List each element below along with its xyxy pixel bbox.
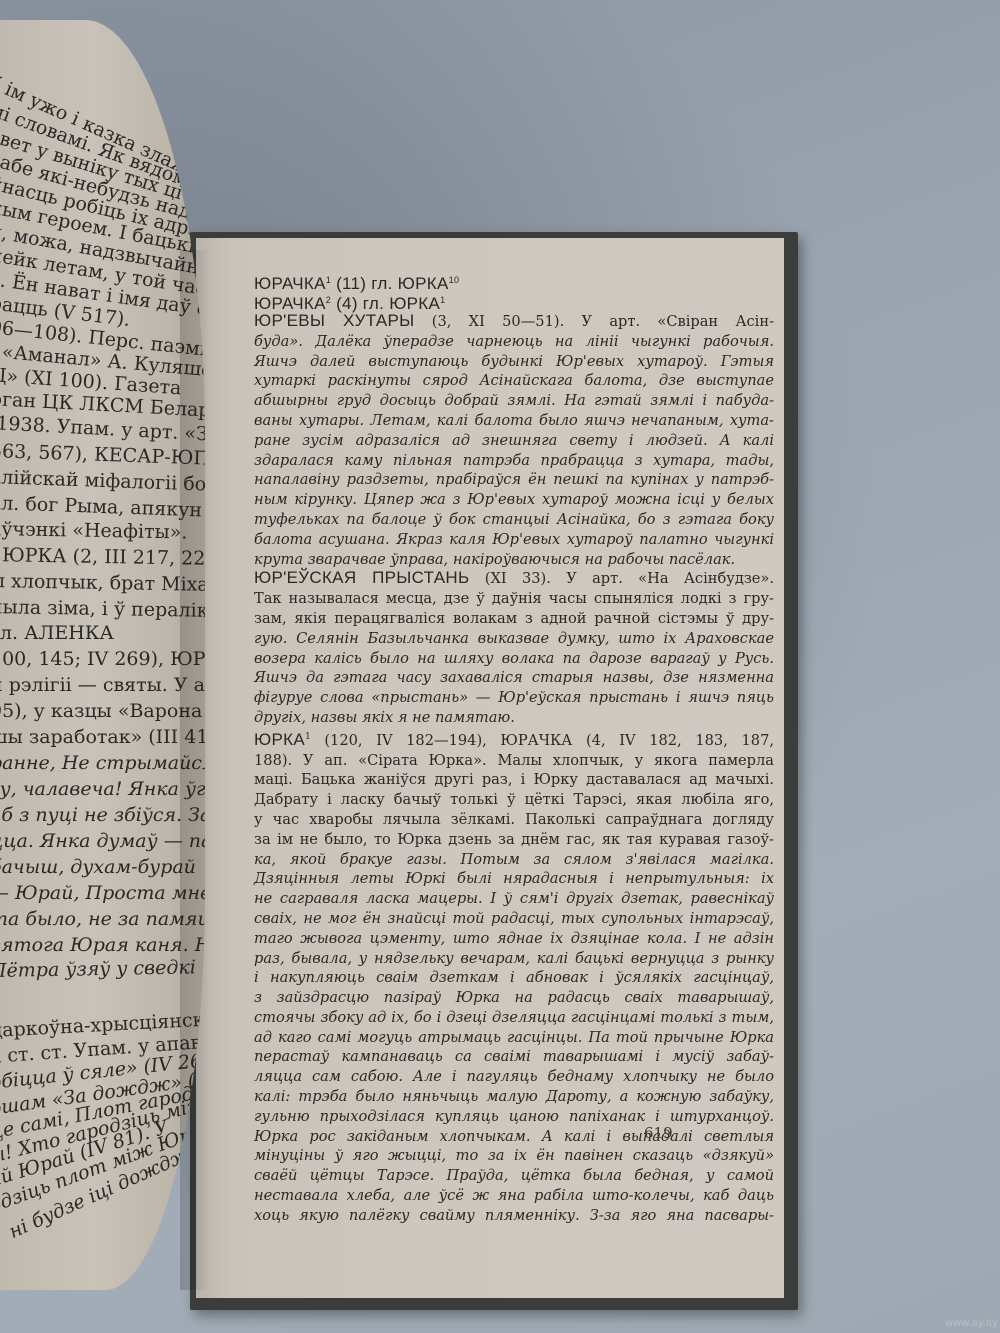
left-text-line: 100, 145; IV 269), ЮРЕ bbox=[0, 648, 205, 670]
left-text-line: 95), у казцы «Варона bbox=[0, 700, 202, 722]
left-text-line: бачыш, духам-бурай bbox=[0, 856, 196, 878]
left-text-line: шы заработак» (III 41 bbox=[0, 726, 205, 748]
left-text-line: й рэлігіі — святы. У ап bbox=[0, 674, 205, 696]
spine-shadow bbox=[180, 250, 210, 1290]
left-text-line: аўчэнкі «Неафіты». bbox=[0, 518, 188, 543]
left-text-line: 563, 567), КЕСАР-ЮПІТЭ bbox=[0, 440, 205, 471]
left-text-line: ныла зіма, і ў пераліку дня bbox=[0, 596, 205, 623]
entry-yureuskaya-prystan: ЮР'ЕЎСКАЯ ПРЫСТАНЬ (XI 33). У арт. «На А… bbox=[254, 569, 774, 727]
right-page-text: ЮРАЧКА1 (11) гл. ЮРКА10 ЮРАЧКА2 (4) гл. … bbox=[254, 272, 774, 1226]
left-text-line: гу, чалавеча! Янка ўгаворв bbox=[0, 778, 205, 800]
left-text-line: ранне, Не стрымайся і bbox=[0, 752, 205, 774]
entry-yurachka-1: ЮРАЧКА1 (11) гл. ЮРКА10 bbox=[254, 272, 774, 292]
left-text-line: гл. АЛЕНКА bbox=[0, 622, 114, 644]
left-text-line: . ЮРКА (2, III 217, 220 bbox=[0, 544, 205, 570]
left-text-line: вятога Юрая каня. На bbox=[0, 934, 205, 956]
left-text-line: ы хлопчык, брат Міхася bbox=[0, 570, 205, 596]
left-text-line: аб з пуці не збіўся. Зар bbox=[0, 804, 205, 826]
watermark: www.ay.by bbox=[945, 1318, 998, 1329]
right-page: ЮРАЧКА1 (11) гл. ЮРКА10 ЮРАЧКА2 (4) гл. … bbox=[196, 238, 784, 1298]
entry-yurka: ЮРКА1 (120, IV 182—194), ЮРАЧКА (4, IV 1… bbox=[254, 728, 774, 1226]
page-number: 619 bbox=[644, 1124, 673, 1142]
left-text-line: та было, не за памяццю bbox=[0, 908, 205, 930]
entry-yurevy-khutary: ЮР'ЕВЫ ХУТАРЫ (3, XI 50—51). У арт. «Сві… bbox=[254, 312, 774, 569]
left-page-curled: б ім ужо і казка злажана, мі словамі. Як… bbox=[0, 20, 205, 1290]
left-text-line: — Юрай, Проста мне bbox=[0, 882, 205, 904]
left-text-line: Пётра ўзяў у сведкі bbox=[0, 956, 196, 982]
left-text-line: цца. Янка думаў — пан bbox=[0, 830, 205, 852]
entry-yurachka-2: ЮРАЧКА2 (4) гл. ЮРКА1 bbox=[254, 292, 774, 312]
